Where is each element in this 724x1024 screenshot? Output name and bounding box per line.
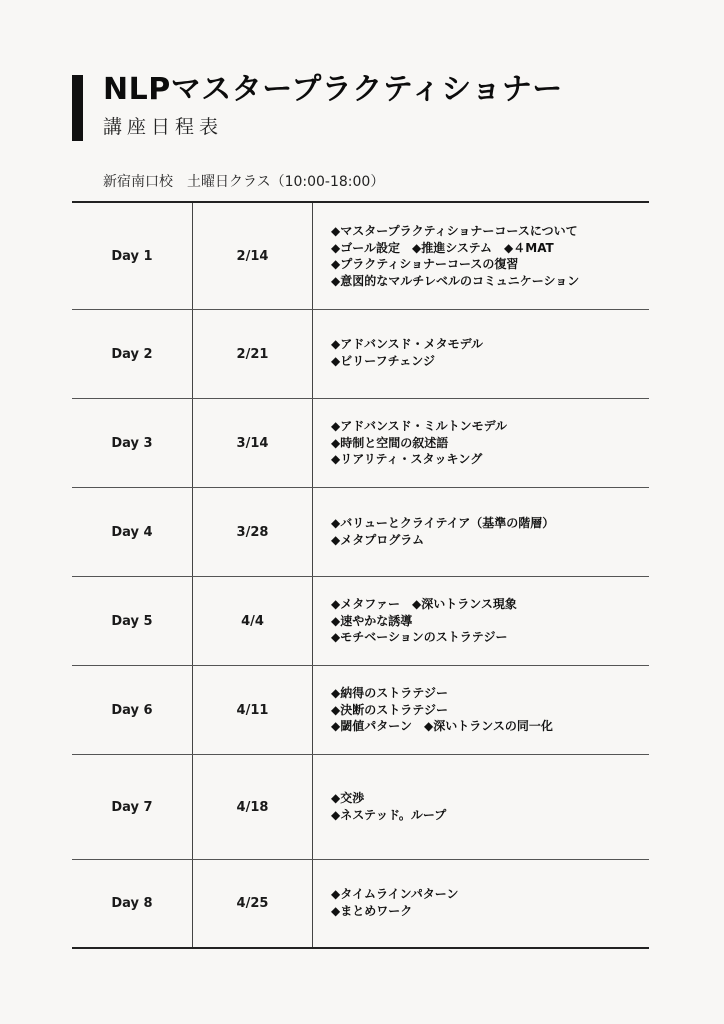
day-cell: Day 8 [72,860,193,947]
topics-cell: ◆タイムラインパターン ◆まとめワーク [313,860,649,947]
topic-item: ◆決断のストラテジー [331,702,649,719]
table-row: Day 1 2/14 ◆マスタープラクティショナーコースについて ◆ゴール設定 … [72,203,649,309]
topic-item: ◆タイムラインパターン [331,886,649,903]
topic-item: ◆ビリーフチェンジ [331,353,649,370]
topic-item: ◆モチベーションのストラテジー [331,629,649,646]
topic-item: ◆プラクティショナーコースの復習 [331,256,649,273]
page-subtitle: 講座日程表 [103,114,223,140]
topics-cell: ◆バリューとクライテイア（基準の階層） ◆メタプログラム [313,488,649,576]
topic-item: ◆メタプログラム [331,532,649,549]
date-cell: 4/11 [193,666,313,754]
table-row: Day 3 3/14 ◆アドバンスド・ミルトンモデル ◆時制と空間の叙述語 ◆リ… [72,398,649,487]
day-cell: Day 7 [72,755,193,859]
topic-item: ◆マスタープラクティショナーコースについて [331,223,649,240]
topic-item: ◆意図的なマルチレベルのコミュニケーション [331,273,649,290]
topics-cell: ◆マスタープラクティショナーコースについて ◆ゴール設定 ◆推進システム ◆４M… [313,203,649,309]
day-cell: Day 3 [72,399,193,487]
topics-cell: ◆アドバンスド・メタモデル ◆ビリーフチェンジ [313,310,649,398]
topic-item: ◆まとめワーク [331,903,649,920]
table-row: Day 6 4/11 ◆納得のストラテジー ◆決断のストラテジー ◆閾値パターン… [72,665,649,754]
date-cell: 4/25 [193,860,313,947]
date-cell: 2/14 [193,203,313,309]
topics-cell: ◆アドバンスド・ミルトンモデル ◆時制と空間の叙述語 ◆リアリティ・スタッキング [313,399,649,487]
topic-item: ◆交渉 [331,790,649,807]
topic-item: ◆アドバンスド・メタモデル [331,336,649,353]
topics-cell: ◆交渉 ◆ネステッド。ループ [313,755,649,859]
day-cell: Day 2 [72,310,193,398]
table-row: Day 5 4/4 ◆メタファー ◆深いトランス現象 ◆速やかな誘導 ◆モチベー… [72,576,649,665]
topic-item: ◆ネステッド。ループ [331,807,649,824]
date-cell: 2/21 [193,310,313,398]
date-cell: 4/4 [193,577,313,665]
title-accent-bar [72,75,83,141]
topic-item: ◆時制と空間の叙述語 [331,435,649,452]
topic-item: ◆納得のストラテジー [331,685,649,702]
topic-item: ◆メタファー ◆深いトランス現象 [331,596,649,613]
topic-item: ◆アドバンスド・ミルトンモデル [331,418,649,435]
date-cell: 4/18 [193,755,313,859]
date-cell: 3/14 [193,399,313,487]
topic-item: ◆ゴール設定 ◆推進システム ◆４MAT [331,240,649,257]
class-info: 新宿南口校 土曜日クラス（10:00-18:00） [103,172,384,192]
topics-cell: ◆メタファー ◆深いトランス現象 ◆速やかな誘導 ◆モチベーションのストラテジー [313,577,649,665]
topic-item: ◆閾値パターン ◆深いトランスの同一化 [331,718,649,735]
day-cell: Day 1 [72,203,193,309]
topic-item: ◆リアリティ・スタッキング [331,451,649,468]
topics-cell: ◆納得のストラテジー ◆決断のストラテジー ◆閾値パターン ◆深いトランスの同一… [313,666,649,754]
schedule-table: Day 1 2/14 ◆マスタープラクティショナーコースについて ◆ゴール設定 … [72,201,649,949]
date-cell: 3/28 [193,488,313,576]
topic-item: ◆バリューとクライテイア（基準の階層） [331,515,649,532]
day-cell: Day 5 [72,577,193,665]
day-cell: Day 4 [72,488,193,576]
page-title: NLPマスタープラクティショナー [103,70,563,110]
day-cell: Day 6 [72,666,193,754]
table-row: Day 8 4/25 ◆タイムラインパターン ◆まとめワーク [72,859,649,947]
table-row: Day 2 2/21 ◆アドバンスド・メタモデル ◆ビリーフチェンジ [72,309,649,398]
topic-item: ◆速やかな誘導 [331,613,649,630]
table-row: Day 4 3/28 ◆バリューとクライテイア（基準の階層） ◆メタプログラム [72,487,649,576]
table-row: Day 7 4/18 ◆交渉 ◆ネステッド。ループ [72,754,649,859]
